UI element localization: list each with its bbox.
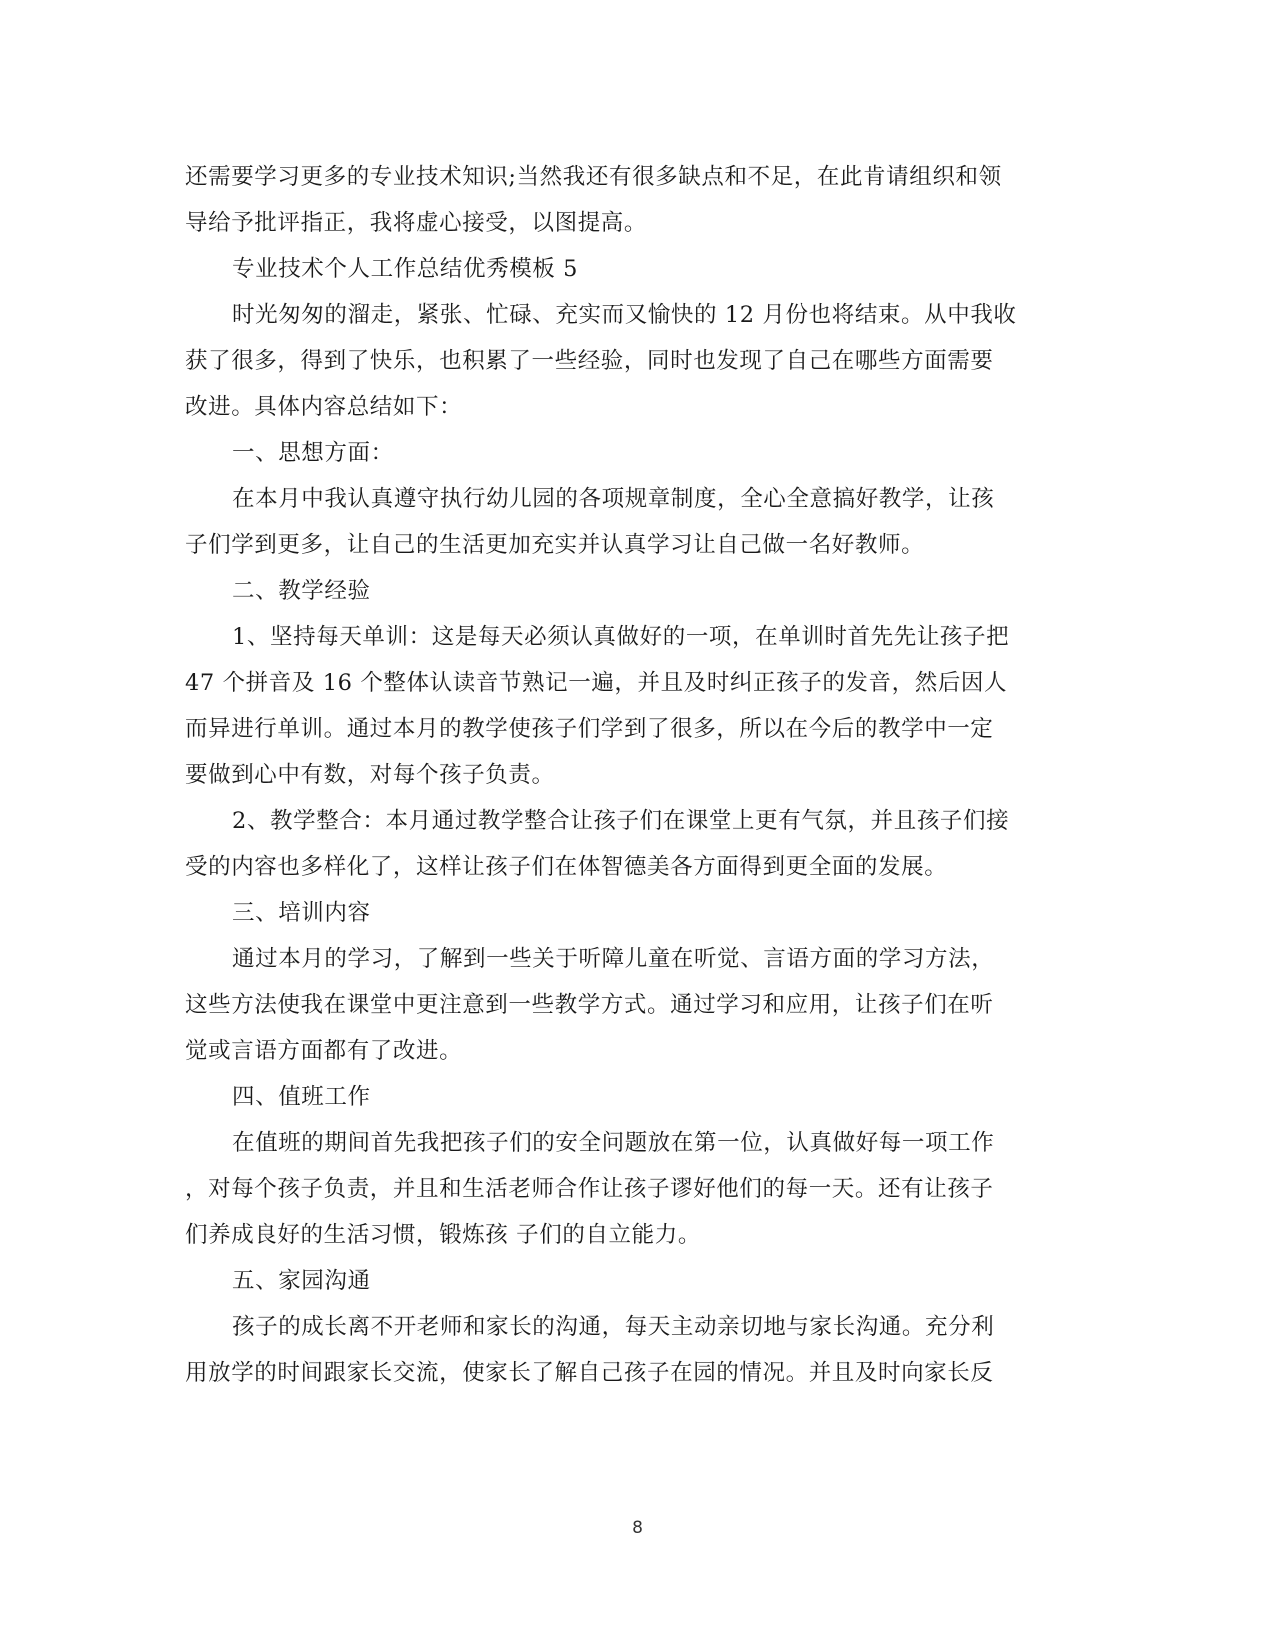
text-line: 导给予批评指正，我将虚心接受，以图提高。 bbox=[185, 200, 647, 246]
text-line: 还需要学习更多的专业技术知识;当然我还有很多缺点和不足，在此肯请组织和领 bbox=[185, 154, 1002, 200]
text-line: 改进。具体内容总结如下： bbox=[185, 384, 462, 430]
text-line: 通过本月的学习，了解到一些关于听障儿童在听觉、言语方面的学习方法， bbox=[232, 936, 994, 982]
text-line: 用放学的时间跟家长交流，使家长了解自己孩子在园的情况。并且及时向家长反 bbox=[185, 1350, 994, 1396]
text-line: 在本月中我认真遵守执行幼儿园的各项规章制度，全心全意搞好教学，让孩 bbox=[232, 476, 994, 522]
text-line: 47 个拼音及 16 个整体认读音节熟记一遍，并且及时纠正孩子的发音，然后因人 bbox=[185, 660, 1007, 706]
section-heading: 五、家园沟通 bbox=[232, 1258, 371, 1304]
text-line: 要做到心中有数，对每个孩子负责。 bbox=[185, 752, 555, 798]
text-line: 时光匆匆的溜走，紧张、忙碌、充实而又愉快的 12 月份也将结束。从中我收 bbox=[232, 292, 1017, 338]
section-heading: 四、值班工作 bbox=[232, 1074, 371, 1120]
text-line: 获了很多，得到了快乐，也积累了一些经验，同时也发现了自己在哪些方面需要 bbox=[185, 338, 994, 384]
text-line: 在值班的期间首先我把孩子们的安全问题放在第一位，认真做好每一项工作 bbox=[232, 1120, 994, 1166]
text-line: 们养成良好的生活习惯，锻炼孩 子们的自立能力。 bbox=[185, 1212, 701, 1258]
section-heading: 三、培训内容 bbox=[232, 890, 371, 936]
text-line: 孩子的成长离不开老师和家长的沟通，每天主动亲切地与家长沟通。充分利 bbox=[232, 1304, 994, 1350]
section-heading: 二、教学经验 bbox=[232, 568, 371, 614]
text-line: 而异进行单训。通过本月的教学使孩子们学到了很多，所以在今后的教学中一定 bbox=[185, 706, 994, 752]
text-line: ，对每个孩子负责，并且和生活老师合作让孩子谬好他们的每一天。还有让孩子 bbox=[185, 1166, 994, 1212]
text-line: 觉或言语方面都有了改进。 bbox=[185, 1028, 462, 1074]
text-line: 受的内容也多样化了，这样让孩子们在体智德美各方面得到更全面的发展。 bbox=[185, 844, 947, 890]
document-page: 还需要学习更多的专业技术知识;当然我还有很多缺点和不足，在此肯请组织和领 导给予… bbox=[0, 0, 1275, 1651]
section-heading: 一、思想方面： bbox=[232, 430, 394, 476]
text-line: 子们学到更多，让自己的生活更加充实并认真学习让自己做一名好教师。 bbox=[185, 522, 924, 568]
section-title: 专业技术个人工作总结优秀模板 5 bbox=[232, 246, 578, 292]
text-line: 这些方法使我在课堂中更注意到一些教学方式。通过学习和应用，让孩子们在听 bbox=[185, 982, 994, 1028]
text-line: 1、坚持每天单训：这是每天必须认真做好的一项，在单训时首先先让孩子把 bbox=[232, 614, 1009, 660]
page-number: 8 bbox=[0, 1518, 1275, 1538]
text-line: 2、教学整合：本月通过教学整合让孩子们在课堂上更有气氛，并且孩子们接 bbox=[232, 798, 1009, 844]
